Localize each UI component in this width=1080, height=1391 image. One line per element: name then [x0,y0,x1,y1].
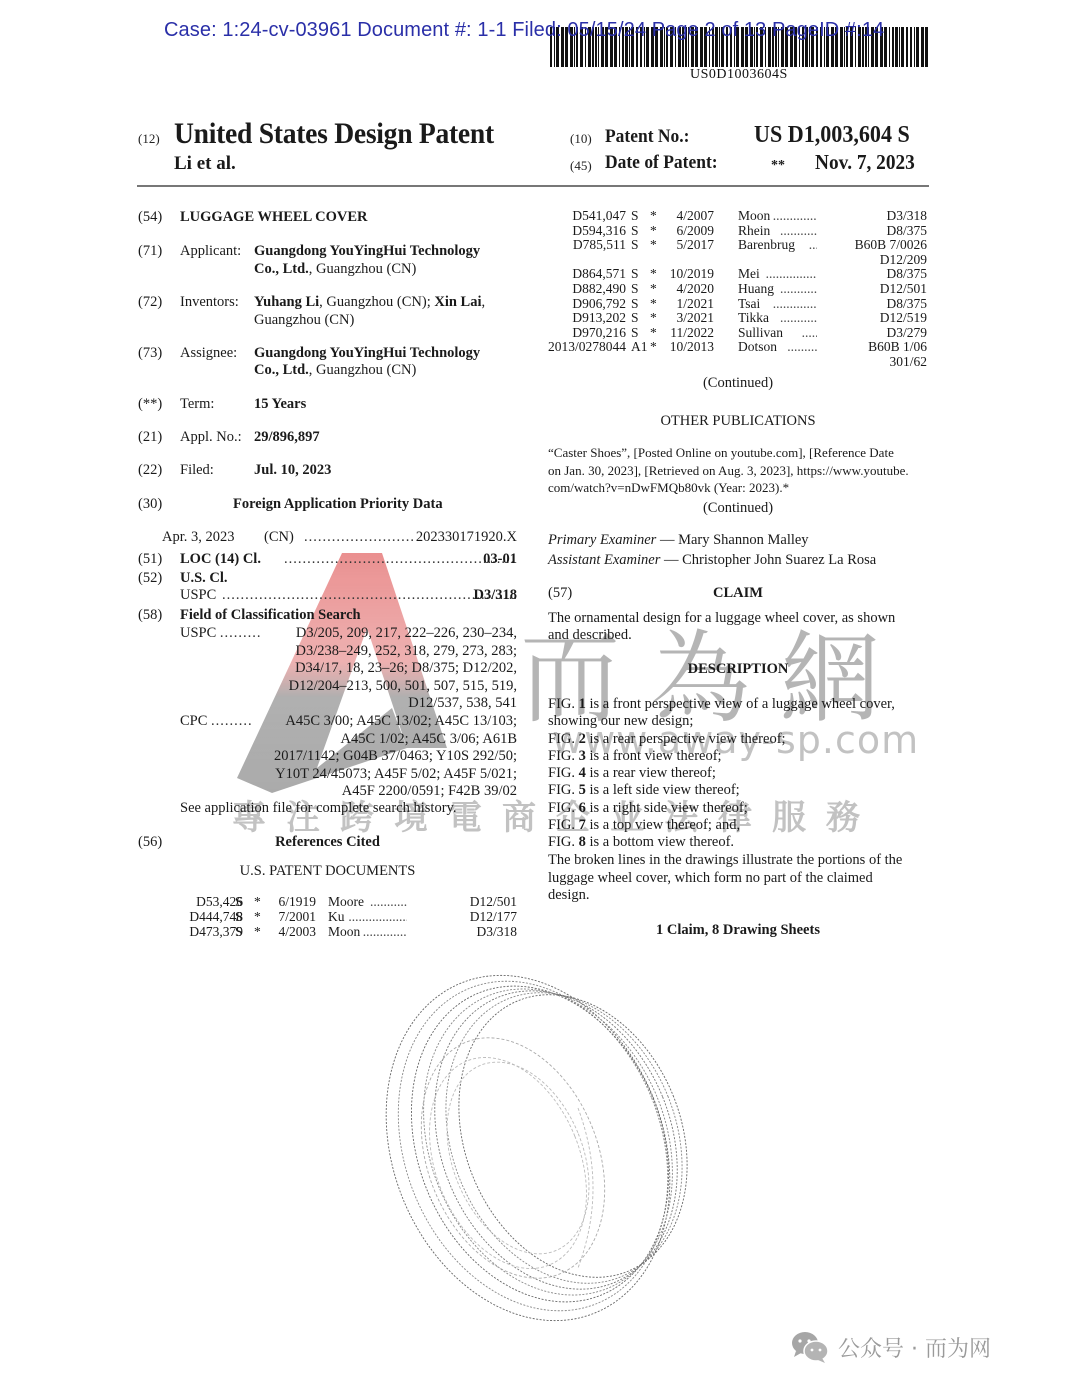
code-51: (51) [138,551,162,568]
footer-brand-text: 公众号 · 而为网 [838,1332,991,1363]
us-docs-heading: U.S. PATENT DOCUMENTS [180,863,475,880]
uscl-label: U.S. Cl. [180,570,228,587]
field-uspc-lines: D3/205, 209, 217, 222–226, 230–234,D3/23… [230,625,517,713]
text-line: Y10T 24/45073; A45F 5/02; A45F 5/021; [230,766,517,784]
filed-label: Filed: [180,462,214,479]
applicant-name-cont: Co., Ltd., Guangzhou (CN) [254,261,416,278]
field-heading: Field of Classification Search [180,607,361,624]
wechat-icon [790,1330,830,1364]
code-30: (30) [138,496,162,513]
loc-label: LOC (14) Cl. [180,551,261,568]
date-marker: ** [771,158,785,174]
text-line: D3/205, 209, 217, 222–226, 230–234, [230,625,517,643]
code-58: (58) [138,607,162,624]
text-line: D12/537, 538, 541 [230,695,517,713]
assignee-name-cont: Co., Ltd., Guangzhou (CN) [254,362,416,379]
patent-no-label: Patent No.: [605,126,689,148]
text-line: D34/17, 18, 23–26; D8/375; D12/202, [230,660,517,678]
applicant-label: Applicant: [180,243,241,260]
text-line: com/watch?v=nDwFMQb80vk (Year: 2023).* [548,479,928,497]
date-code: (45) [570,158,592,174]
text-line: A45F 2200/0591; F42B 39/02 [230,783,517,801]
term-value: 15 Years [254,396,306,413]
case-header: Case: 1:24-cv-03961 Document #: 1-1 File… [164,19,884,42]
text-line: The broken lines in the drawings illustr… [548,852,928,870]
text-line: D12/204–213, 500, 501, 507, 515, 519, [230,678,517,696]
watermark-url: www.away-sp.com [552,718,919,762]
text-line: luggage wheel cover, which form no part … [548,870,928,888]
code-54: (54) [138,209,162,226]
references-heading: References Cited [180,834,475,851]
loc-value: 03-01 [440,551,517,568]
code-71: (71) [138,243,162,260]
appl-label: Appl. No.: [180,429,242,446]
uspc-label: USPC [180,587,216,604]
other-pubs-heading: OTHER PUBLICATIONS [548,413,928,430]
text-line: D3/238–249, 252, 318, 279, 273, 283; [230,643,517,661]
assignee-label: Assignee: [180,345,237,362]
broken-lines-note: The broken lines in the drawings illustr… [548,852,928,905]
inventors-value-cont: Guangzhou (CN) [254,312,354,329]
text-line: design. [548,887,928,905]
continued-pubs: (Continued) [548,500,928,517]
filed-value: Jul. 10, 2023 [254,462,331,479]
code-73: (73) [138,345,162,362]
text-line: A45C 1/02; A45C 3/06; A61B [230,731,517,749]
foreign-heading: Foreign Application Priority Data [233,496,443,513]
code-term: (**) [138,396,162,413]
appl-value: 29/896,897 [254,429,320,446]
date-value: Nov. 7, 2023 [815,150,915,175]
patent-no-value: US D1,003,604 S [754,122,910,149]
left-column: (54) LUGGAGE WHEEL COVER (71) Applicant:… [0,0,540,950]
continued-refs: (Continued) [548,375,928,392]
code-52: (52) [138,570,162,587]
footer-brand: 公众号 · 而为网 [790,1330,991,1364]
foreign-date: Apr. 3, 2023 [162,529,235,546]
text-line: “Caster Shoes”, [Posted Online on youtub… [548,444,928,462]
patent-no-code: (10) [570,131,592,147]
text-line: A45C 3/00; A45C 13/02; A45C 13/103; [230,713,517,731]
text-line: on Jan. 30, 2023], [Retrieved on Aug. 3,… [548,462,928,480]
primary-examiner: Primary Examiner — Mary Shannon Malley [548,532,809,549]
code-56: (56) [138,834,162,851]
uspc-value: D3/318 [440,587,517,604]
assistant-examiner: Assistant Examiner — Christopher John Su… [548,552,876,569]
inventors-label: Inventors: [180,294,239,311]
invention-title: LUGGAGE WHEEL COVER [180,209,367,226]
luggage-wheel-cover-drawing [378,958,698,1328]
code-72: (72) [138,294,162,311]
foreign-number: 202330171920.X [380,529,517,546]
text-line: 2017/1142; G04B 37/0463; Y10S 292/50; [230,748,517,766]
figure-description: FIG. 4 is a rear view thereof; [548,765,928,782]
date-label: Date of Patent: [605,152,718,174]
term-label: Term: [180,396,214,413]
claims-summary: 1 Claim, 8 Drawing Sheets [548,922,928,939]
barcode-number: US0D1003604S [690,67,788,83]
assignee-name: Guangdong YouYingHui Technology [254,345,480,362]
applicant-name: Guangdong YouYingHui Technology [254,243,480,260]
foreign-country: (CN) [264,529,294,546]
search-history-note: See application file for complete search… [180,800,456,817]
other-publications: “Caster Shoes”, [Posted Online on youtub… [548,444,928,497]
code-21: (21) [138,429,162,446]
code-22: (22) [138,462,162,479]
inventors-value: Yuhang Li, Guangzhou (CN); Xin Lai, [254,294,485,311]
field-cpc-lines: A45C 3/00; A45C 13/02; A45C 13/103;A45C … [230,713,517,801]
